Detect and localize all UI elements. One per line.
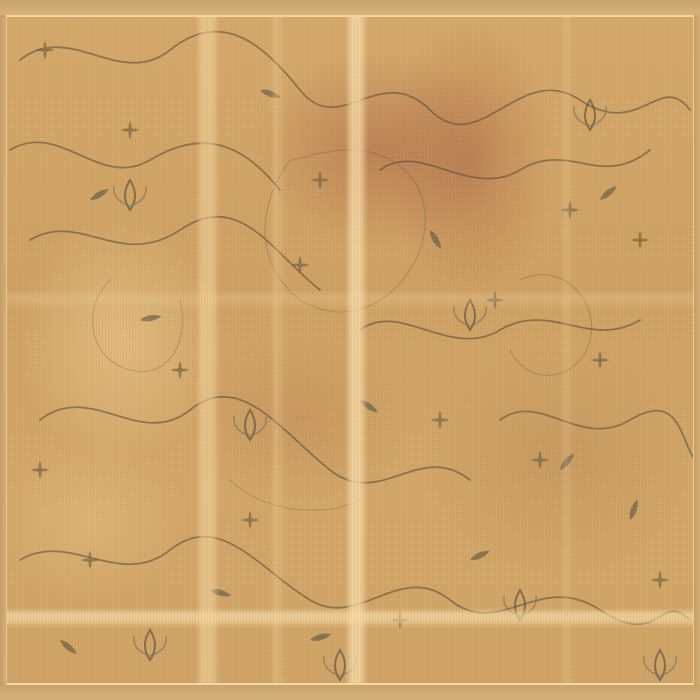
rug-border-left [0,15,7,685]
rug-border-bottom [0,683,700,700]
rug-photo: Worn vintage rug with tan field, faded r… [0,0,700,700]
floral-vine-pattern [0,0,700,700]
rug-border-right [693,15,700,685]
rug-border-top [0,0,700,17]
